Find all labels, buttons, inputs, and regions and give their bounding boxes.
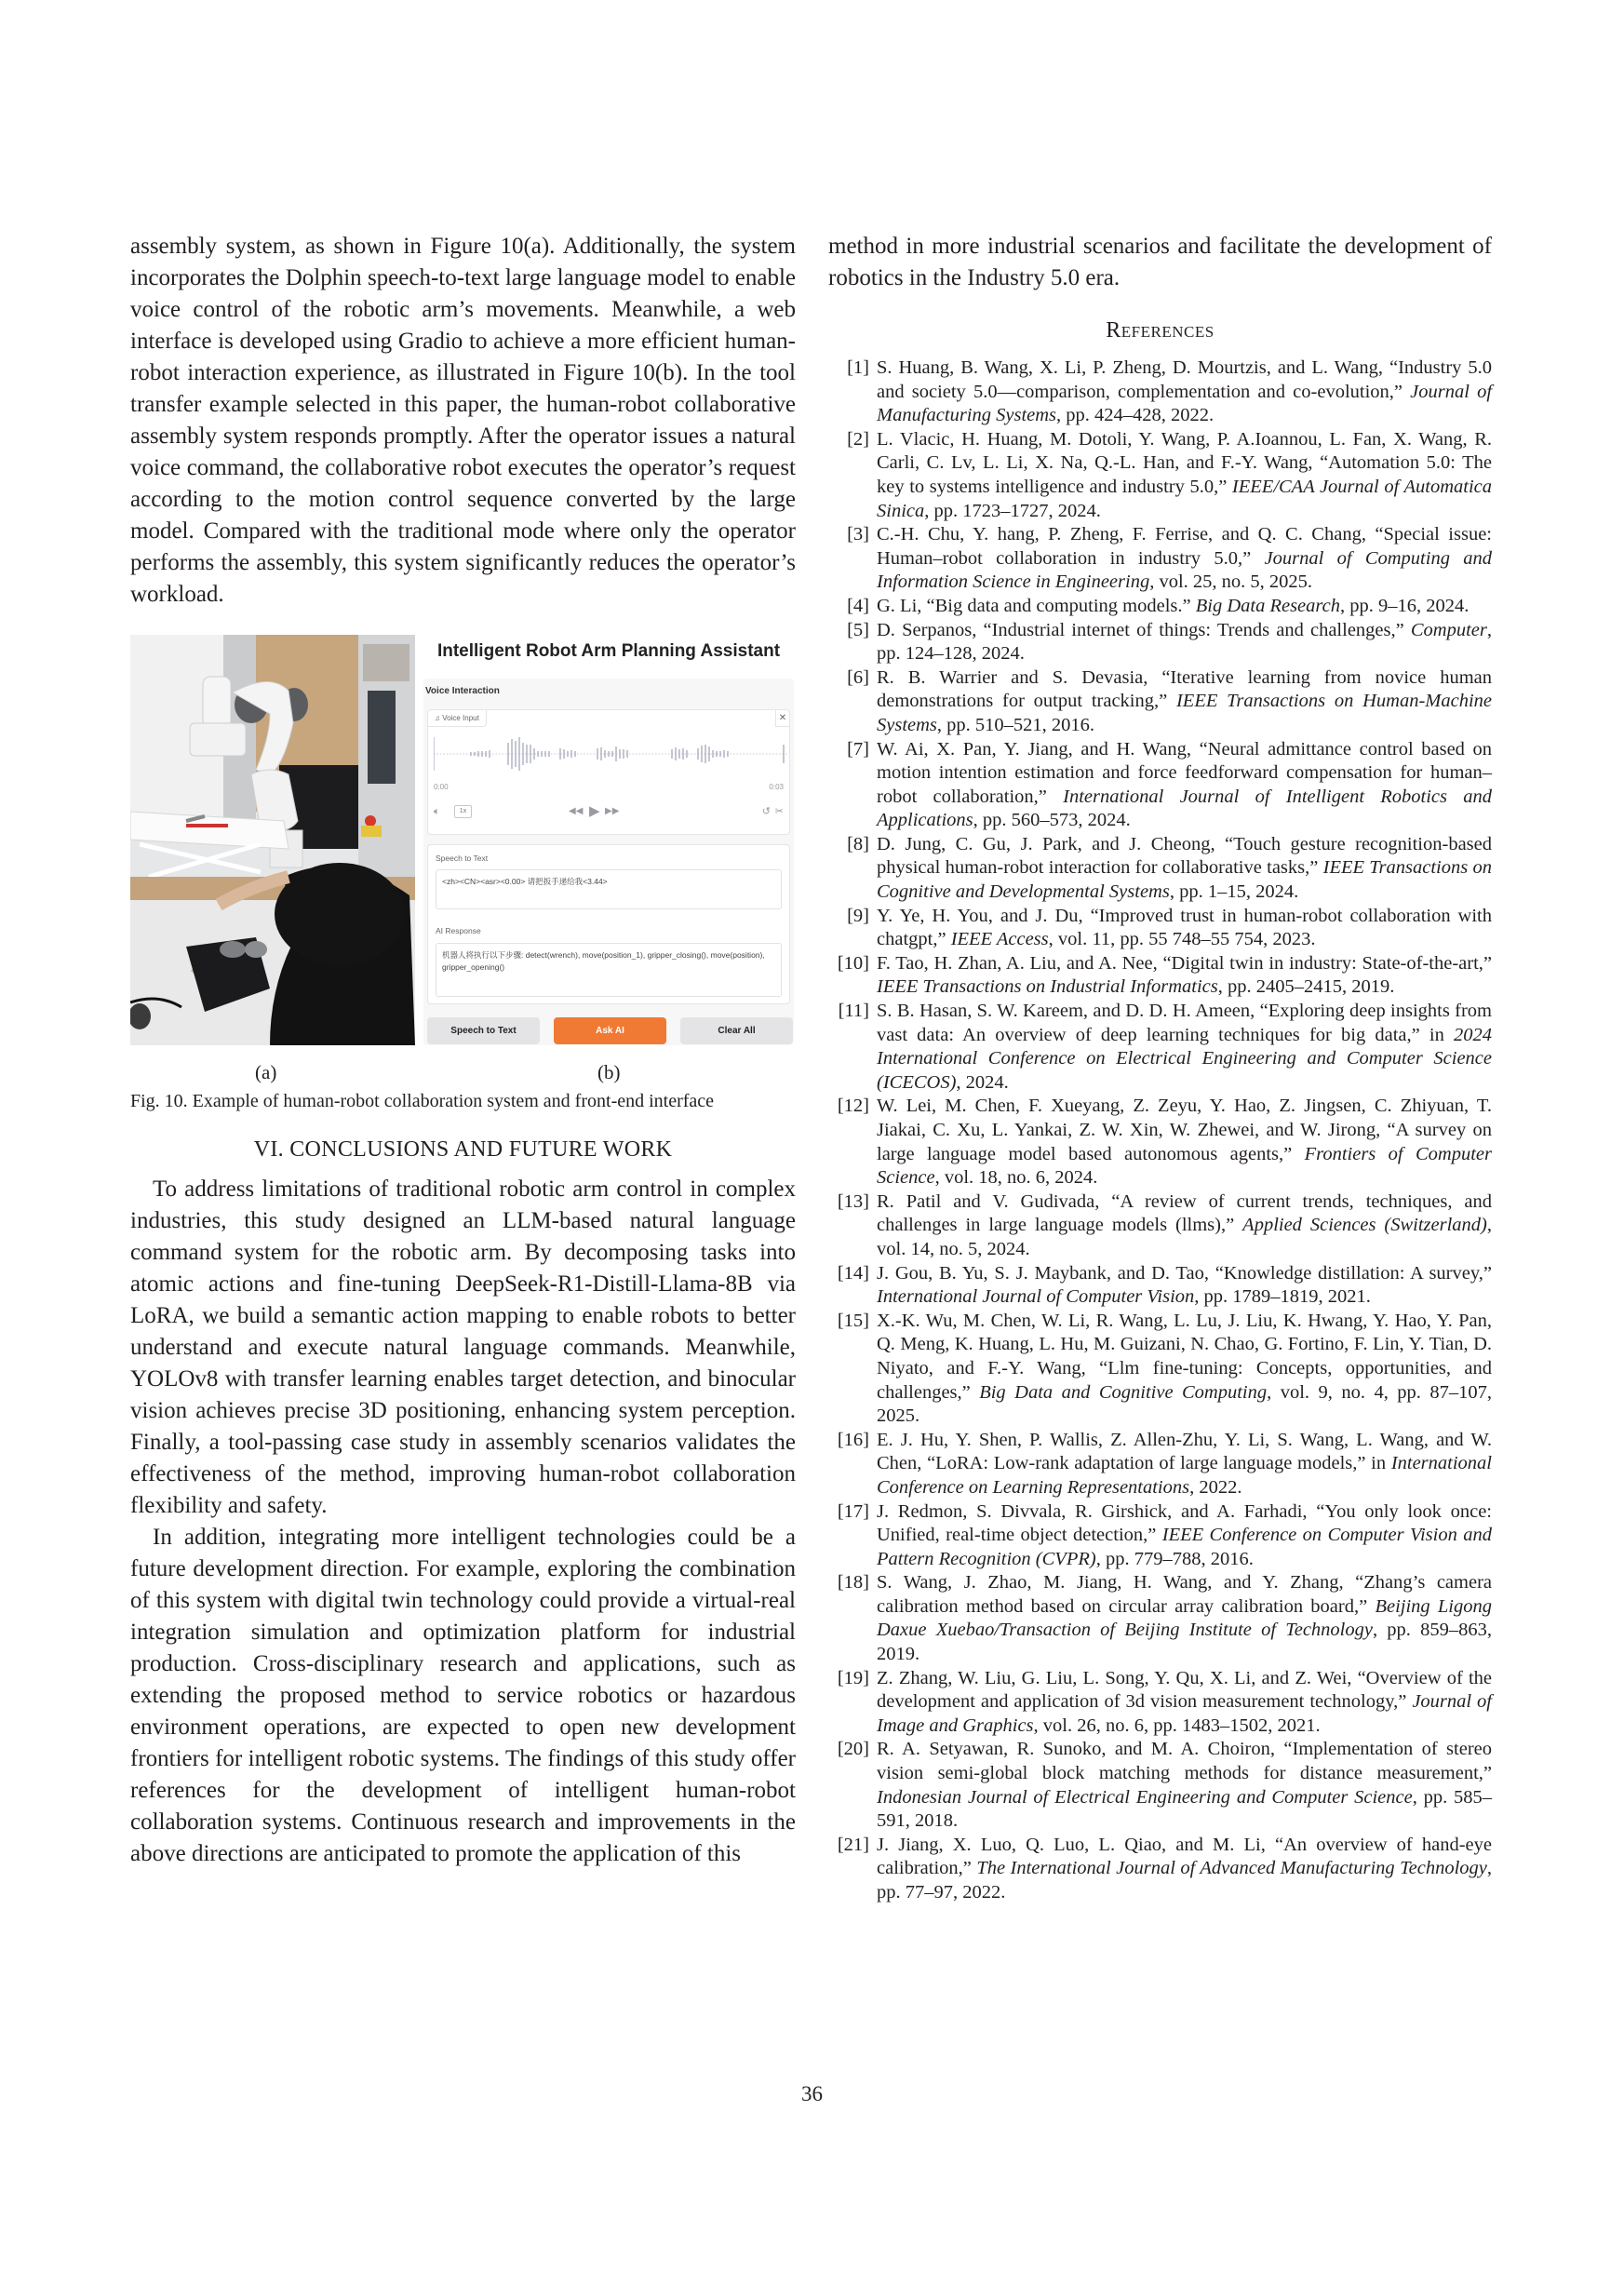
voice-input-label: Voice Input [442,714,479,722]
reference-details: , pp. 560–573, 2024. [973,810,1131,830]
reference-details: , pp. 779–788, 2016. [1096,1549,1254,1569]
reference-number: [14] [828,1262,869,1286]
ai-response-label: AI Response [436,926,481,935]
reference-item: [17] J. Redmon, S. Divvala, R. Girshick,… [828,1500,1492,1572]
reference-item: [21] J. Jiang, X. Luo, Q. Luo, L. Qiao, … [828,1834,1492,1905]
body-paragraph: In addition, integrating more intelligen… [130,1522,796,1870]
reference-details: , 2024. [956,1072,1008,1093]
reference-details: , pp. 2405–2415, 2019. [1218,976,1395,997]
subcaption-a: (a) [255,1061,276,1084]
reference-authors-title: Z. Zhang, W. Liu, G. Liu, L. Song, Y. Qu… [877,1668,1492,1713]
reference-details: , pp. 1789–1819, 2021. [1194,1286,1371,1307]
reference-item: [14] J. Gou, B. Yu, S. J. Maybank, and D… [828,1262,1492,1310]
voice-input-player: ♫ Voice Input ✕ [427,709,790,835]
photo-illustration [130,635,415,1045]
reference-number: [11] [828,1000,869,1024]
reference-authors-title: S. Huang, B. Wang, X. Li, P. Zheng, D. M… [877,357,1492,402]
close-icon[interactable]: ✕ [775,710,789,727]
figure-caption: Fig. 10. Example of human-robot collabor… [130,1089,796,1113]
clear-all-button[interactable]: Clear All [680,1017,793,1044]
body-paragraph: method in more industrial scenarios and … [828,231,1492,294]
reference-authors-title: S. B. Hasan, S. W. Kareem, and D. D. H. … [877,1001,1492,1045]
reference-venue: Applied Sciences (Switzerland) [1242,1215,1487,1235]
reference-details: , pp. 424–428, 2022. [1056,405,1214,425]
reference-item: [16] E. J. Hu, Y. Shen, P. Wallis, Z. Al… [828,1429,1492,1500]
reference-venue: IEEE Transactions on Industrial Informat… [877,976,1218,997]
reference-venue: Big Data and Cognitive Computing [979,1382,1267,1403]
music-note-icon: ♫ [435,714,440,722]
reference-list: [1] S. Huang, B. Wang, X. Li, P. Zheng, … [828,356,1492,1905]
volume-icon[interactable]: 🔈︎ [434,804,440,819]
action-buttons: Speech to Text Ask AI Clear All [427,1017,790,1044]
voice-input-tab: ♫ Voice Input [428,710,487,727]
left-column: assembly system, as shown in Figure 10(a… [130,231,796,1870]
fast-forward-icon[interactable]: ▶▶ [605,804,619,819]
body-paragraph: To address limitations of traditional ro… [130,1174,796,1522]
reference-item: [3] C.-H. Chu, Y. hang, P. Zheng, F. Fer… [828,523,1492,595]
reference-item: [11] S. B. Hasan, S. W. Kareem, and D. D… [828,1000,1492,1095]
ai-response-field[interactable]: 机器人将执行以下步骤: detect(wrench), move(positio… [436,943,782,997]
right-column: method in more industrial scenarios and … [828,231,1492,1905]
reference-details: , vol. 18, no. 6, 2024. [935,1167,1098,1188]
reference-details: , vol. 26, no. 6, pp. 1483–1502, 2021. [1034,1715,1321,1736]
reference-item: [18] S. Wang, J. Zhao, M. Jiang, H. Wang… [828,1571,1492,1666]
reference-authors-title: F. Tao, H. Zhan, A. Liu, and A. Nee, “Di… [877,953,1492,974]
speech-to-text-field[interactable]: <zh><CN><asr><0.00> 请把扳手递给我<3.44> [436,869,782,909]
reference-venue: The International Journal of Advanced Ma… [976,1858,1487,1878]
figure-10: Intelligent Robot Arm Planning Assistant… [130,635,796,1072]
reference-item: [15] X.-K. Wu, M. Chen, W. Li, R. Wang, … [828,1310,1492,1429]
app-title: Intelligent Robot Arm Planning Assistant [422,641,796,669]
page-number: 36 [0,2082,1624,2106]
speech-to-text-label: Speech to Text [436,854,488,863]
reference-number: [16] [828,1429,869,1453]
reference-number: [3] [828,523,869,547]
playback-speed-button[interactable]: 1x [454,805,472,818]
reference-number: [20] [828,1738,869,1762]
robot-lab-photo [130,635,415,1045]
reference-item: [20] R. A. Setyawan, R. Sunoko, and M. A… [828,1738,1492,1833]
reference-details: , pp. 1–15, 2024. [1170,881,1298,902]
reference-venue: International Journal of Computer Vision [877,1286,1194,1307]
reference-number: [7] [828,738,869,762]
reference-venue: IEEE Access [951,929,1049,949]
reference-item: [8] D. Jung, C. Gu, J. Park, and J. Cheo… [828,833,1492,905]
reference-item: [6] R. B. Warrier and S. Devasia, “Itera… [828,666,1492,738]
reference-details: , pp. 1723–1727, 2024. [924,501,1101,521]
time-start: 0:00 [434,783,449,791]
reference-item: [1] S. Huang, B. Wang, X. Li, P. Zheng, … [828,356,1492,428]
reference-venue: Indonesian Journal of Electrical Enginee… [877,1787,1413,1808]
reference-venue: Big Data Research [1196,596,1340,616]
time-end: 0:03 [769,783,784,791]
reference-authors-title: G. Li, “Big data and computing models.” [877,596,1196,616]
reference-item: [19] Z. Zhang, W. Liu, G. Liu, L. Song, … [828,1667,1492,1739]
reference-number: [5] [828,619,869,643]
undo-icon[interactable]: ↺ [762,804,771,819]
reference-item: [2] L. Vlacic, H. Huang, M. Dotoli, Y. W… [828,428,1492,523]
voice-interaction-label: Voice Interaction [425,686,500,696]
reference-authors-title: R. A. Setyawan, R. Sunoko, and M. A. Cho… [877,1739,1492,1783]
reference-details: , vol. 25, no. 5, 2025. [1149,571,1312,592]
reference-item: [4] G. Li, “Big data and computing model… [828,595,1492,619]
reference-item: [9] Y. Ye, H. You, and J. Du, “Improved … [828,905,1492,952]
reference-number: [17] [828,1500,869,1525]
reference-details: , vol. 11, pp. 55 748–55 754, 2023. [1049,929,1316,949]
waveform[interactable] [434,735,787,773]
reference-number: [6] [828,666,869,691]
reference-number: [15] [828,1310,869,1334]
reference-number: [13] [828,1190,869,1215]
player-controls: 🔈︎ 1x ◀◀ ▶ ▶▶ ↺ ✂ [434,804,784,819]
reference-venue: Computer [1411,620,1487,640]
reference-item: [10] F. Tao, H. Zhan, A. Liu, and A. Nee… [828,952,1492,1000]
reference-details: , pp. 9–16, 2024. [1340,596,1469,616]
scissors-icon[interactable]: ✂ [775,804,784,819]
reference-number: [8] [828,833,869,857]
reference-number: [4] [828,595,869,619]
ask-ai-button[interactable]: Ask AI [554,1017,666,1044]
gradio-interface: Intelligent Robot Arm Planning Assistant… [422,635,796,1045]
reference-number: [12] [828,1095,869,1119]
rewind-icon[interactable]: ◀◀ [569,804,583,819]
reference-item: [13] R. Patil and V. Gudivada, “A review… [828,1190,1492,1262]
reference-authors-title: D. Serpanos, “Industrial internet of thi… [877,620,1411,640]
text-output-panel: Speech to Text <zh><CN><asr><0.00> 请把扳手递… [427,844,790,1004]
references-heading: References [828,318,1492,343]
reference-item: [5] D. Serpanos, “Industrial internet of… [828,619,1492,666]
reference-item: [12] W. Lei, M. Chen, F. Xueyang, Z. Zey… [828,1095,1492,1190]
reference-number: [1] [828,356,869,381]
reference-number: [19] [828,1667,869,1691]
subcaption-b: (b) [597,1061,621,1084]
section-heading: VI. CONCLUSIONS AND FUTURE WORK [130,1137,796,1163]
reference-details: , 2022. [1189,1477,1241,1498]
voice-interaction-panel: Voice Interaction ♫ Voice Input ✕ [423,679,794,1045]
reference-item: [7] W. Ai, X. Pan, Y. Jiang, and H. Wang… [828,738,1492,833]
speech-to-text-button[interactable]: Speech to Text [427,1017,540,1044]
reference-number: [18] [828,1571,869,1595]
reference-number: [10] [828,952,869,976]
reference-number: [9] [828,905,869,929]
reference-details: , pp. 510–521, 2016. [937,715,1094,735]
play-icon[interactable]: ▶ [589,804,600,819]
reference-number: [2] [828,428,869,452]
body-paragraph: assembly system, as shown in Figure 10(a… [130,231,796,611]
reference-authors-title: J. Gou, B. Yu, S. J. Maybank, and D. Tao… [877,1263,1492,1284]
reference-number: [21] [828,1834,869,1858]
